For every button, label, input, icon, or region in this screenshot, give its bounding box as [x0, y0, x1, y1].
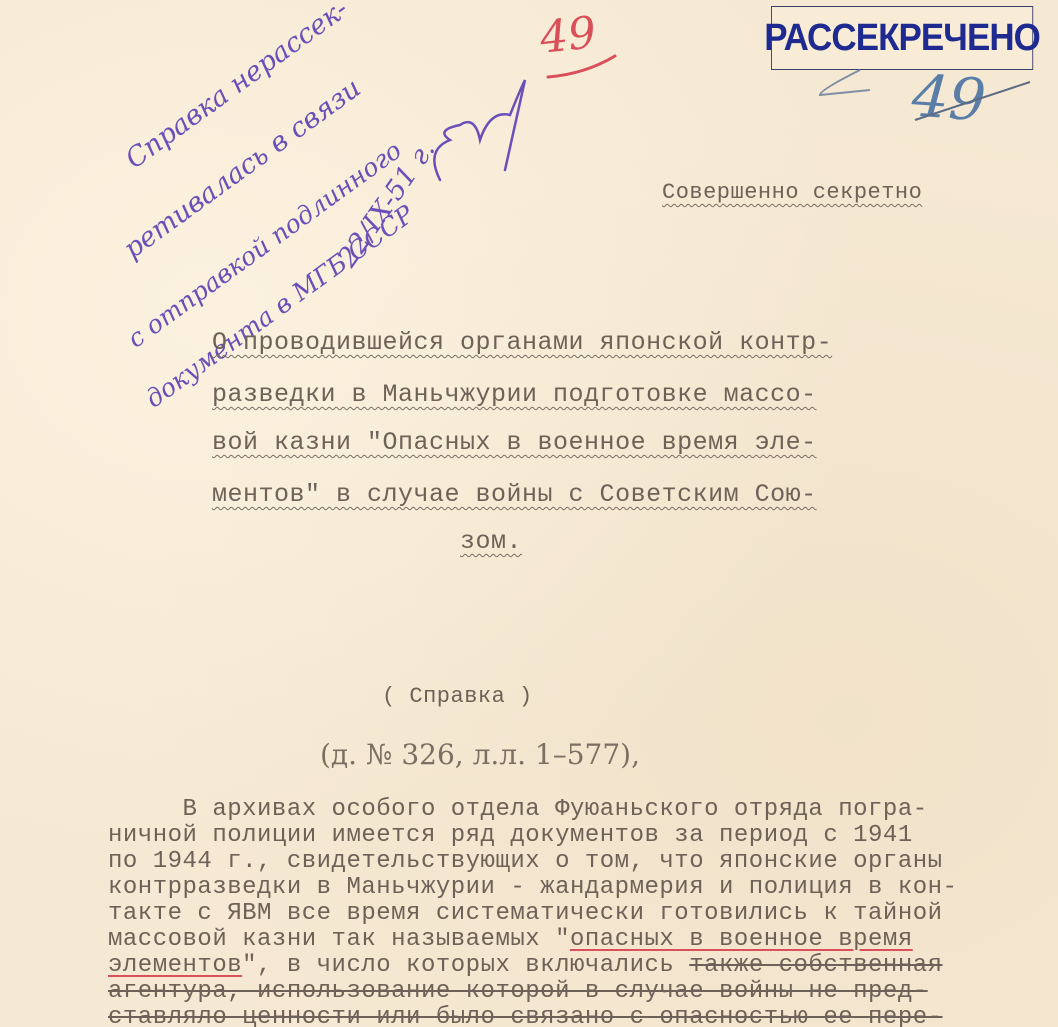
- title-line: вой казни "Опасных в военное время эле-: [212, 428, 817, 457]
- title-line: разведки в Маньчжурии подготовке массо-: [212, 380, 817, 409]
- doc-type-label: ( Справка ): [382, 684, 533, 709]
- title-line: зом.: [460, 527, 522, 556]
- body-line: массовой казни так называемых "опасных в…: [108, 926, 913, 953]
- classification-label: Совершенно секретно: [662, 180, 922, 205]
- body-line: по 1944 г., свидетельствующих о том, что…: [108, 848, 943, 875]
- red-underline-mark: [545, 52, 620, 82]
- blue-pencil-strokes: [800, 60, 1050, 160]
- red-underlined-text: опасных в военное время: [570, 926, 913, 953]
- body-line: ничной полиции имеется ряд документов за…: [108, 822, 913, 849]
- note-line: Справка нерассек-: [120, 0, 354, 175]
- body-line: элементов", в число которых включались т…: [108, 952, 943, 979]
- red-underlined-text: элементов: [108, 952, 242, 979]
- title-line: О проводившейся органами японской контр-: [212, 328, 832, 357]
- file-reference: (д. № 326, л.л. 1–577),: [320, 738, 640, 771]
- title-line: ментов" в случае войны с Советским Сою-: [212, 480, 817, 509]
- body-text: ", в число которых включались: [242, 952, 689, 979]
- note-line: ретивалась в связи: [118, 73, 367, 266]
- body-line: В архивах особого отдела Фуюаньского отр…: [108, 796, 928, 823]
- body-line: контрразведки в Маньчжурии - жандармерия…: [108, 874, 957, 901]
- body-line: такте с ЯВМ все время систематически гот…: [108, 900, 943, 927]
- body-line-struck: ставляло ценности или было связано с опа…: [108, 1004, 943, 1027]
- signature-icon: [420, 70, 540, 200]
- body-text: массовой казни так называемых ": [108, 926, 570, 953]
- body-line-struck: агентура, использование которой в случае…: [108, 978, 928, 1005]
- struck-text: также собственная: [689, 952, 942, 979]
